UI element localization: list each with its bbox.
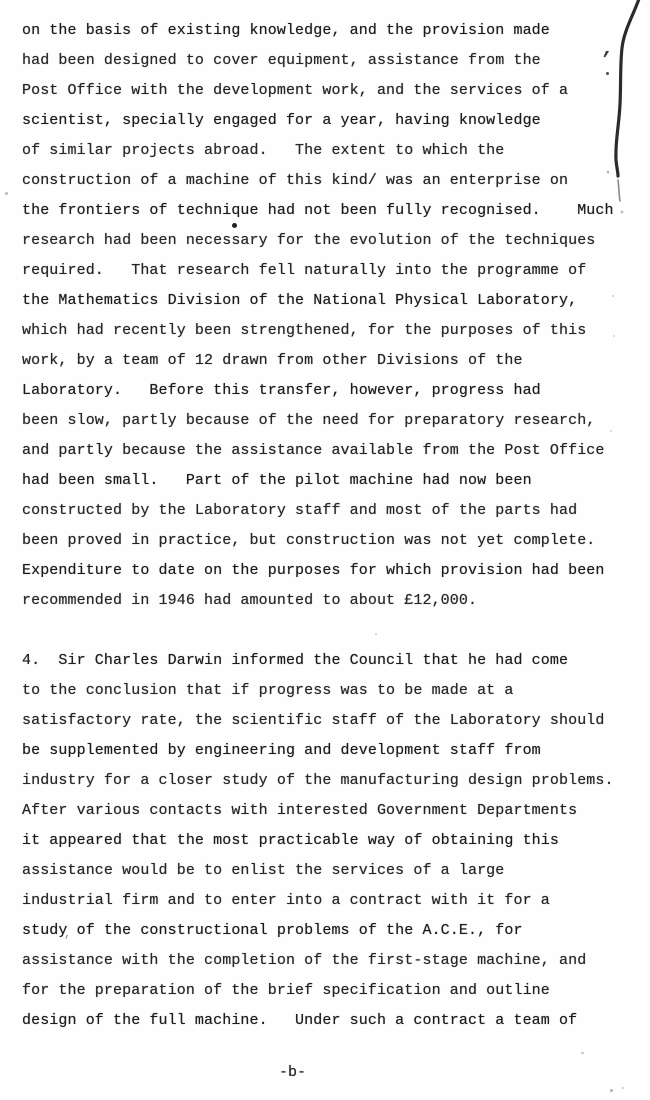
page-number: -b- xyxy=(279,1062,306,1084)
stray-dot-mark xyxy=(232,223,237,228)
text-line: been slow, partly because of the need fo… xyxy=(22,406,614,436)
text-line: study of the constructional problems of … xyxy=(22,916,614,946)
text-line: on the basis of existing knowledge, and … xyxy=(22,16,614,46)
text-line: industrial firm and to enter into a cont… xyxy=(22,886,614,916)
text-line: constructed by the Laboratory staff and … xyxy=(22,496,614,526)
stray-comma-under-study: , xyxy=(64,928,71,940)
text-line: been proved in practice, but constructio… xyxy=(22,526,614,556)
text-line: to the conclusion that if progress was t… xyxy=(22,676,614,706)
paragraph-continuation: on the basis of existing knowledge, and … xyxy=(22,16,614,616)
text-line: had been small. Part of the pilot machin… xyxy=(22,466,614,496)
text-line: be supplemented by engineering and devel… xyxy=(22,736,614,766)
text-line: research had been necessary for the evol… xyxy=(22,226,614,256)
text-line: of similar projects abroad. The extent t… xyxy=(22,136,614,166)
scan-speck xyxy=(622,1087,624,1089)
scan-speck xyxy=(375,633,377,635)
text-line: the frontiers of technique had not been … xyxy=(22,196,614,226)
document-page: on the basis of existing knowledge, and … xyxy=(0,0,650,1100)
typewritten-text-block: on the basis of existing knowledge, and … xyxy=(22,16,614,1036)
scan-speck xyxy=(5,192,8,195)
text-line: the Mathematics Division of the National… xyxy=(22,286,614,316)
text-line: Post Office with the development work, a… xyxy=(22,76,614,106)
text-line: scientist, specially engaged for a year,… xyxy=(22,106,614,136)
text-line: required. That research fell naturally i… xyxy=(22,256,614,286)
text-line: for the preparation of the brief specifi… xyxy=(22,976,614,1006)
text-line: Expenditure to date on the purposes for … xyxy=(22,556,614,586)
scan-speck xyxy=(612,295,614,297)
scan-speck xyxy=(610,1089,613,1092)
text-line: After various contacts with interested G… xyxy=(22,796,614,826)
text-line: work, by a team of 12 drawn from other D… xyxy=(22,346,614,376)
text-line: which had recently been strengthened, fo… xyxy=(22,316,614,346)
scan-speck xyxy=(613,335,615,337)
text-line: Laboratory. Before this transfer, howeve… xyxy=(22,376,614,406)
text-line: and partly because the assistance availa… xyxy=(22,436,614,466)
text-line: satisfactory rate, the scientific staff … xyxy=(22,706,614,736)
paragraph-4: 4. Sir Charles Darwin informed the Counc… xyxy=(22,646,614,1036)
text-line: 4. Sir Charles Darwin informed the Counc… xyxy=(22,646,614,676)
text-line: recommended in 1946 had amounted to abou… xyxy=(22,586,614,616)
text-line: had been designed to cover equipment, as… xyxy=(22,46,614,76)
text-line: it appeared that the most practicable wa… xyxy=(22,826,614,856)
scan-speck xyxy=(581,1052,584,1054)
text-line: design of the full machine. Under such a… xyxy=(22,1006,614,1036)
text-line: assistance with the completion of the fi… xyxy=(22,946,614,976)
text-line: assistance would be to enlist the servic… xyxy=(22,856,614,886)
text-line: construction of a machine of this kind/ … xyxy=(22,166,614,196)
text-line: industry for a closer study of the manuf… xyxy=(22,766,614,796)
scan-speck xyxy=(610,430,612,432)
stray-comma-dot xyxy=(606,72,609,75)
